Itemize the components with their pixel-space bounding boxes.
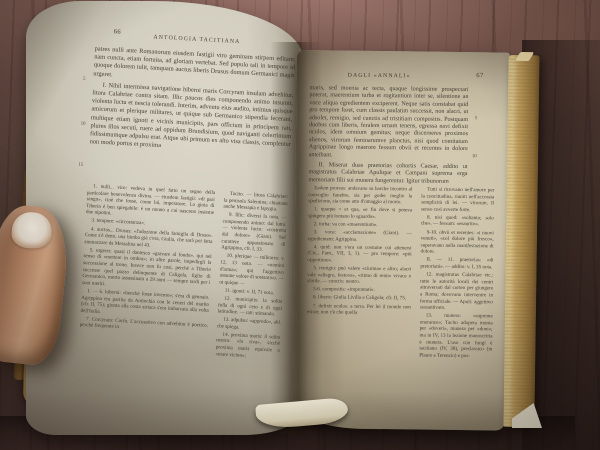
right-page: DAGLI «ANNALI» 67 5 10 maris, sed moenia… bbox=[292, 50, 510, 431]
right-page-shadow-overlay bbox=[292, 50, 510, 431]
photo-scene: 66 ANTOLOGIA TACITIANA 5 10 15 patres nu… bbox=[0, 0, 600, 450]
left-page-shadow-overlay bbox=[26, 1, 303, 435]
thumb-nail bbox=[11, 212, 52, 249]
page-block-fore-edge bbox=[503, 55, 539, 427]
gutter-shadow bbox=[270, 42, 322, 434]
left-page: 66 ANTOLOGIA TACITIANA 5 10 15 patres nu… bbox=[26, 1, 303, 435]
